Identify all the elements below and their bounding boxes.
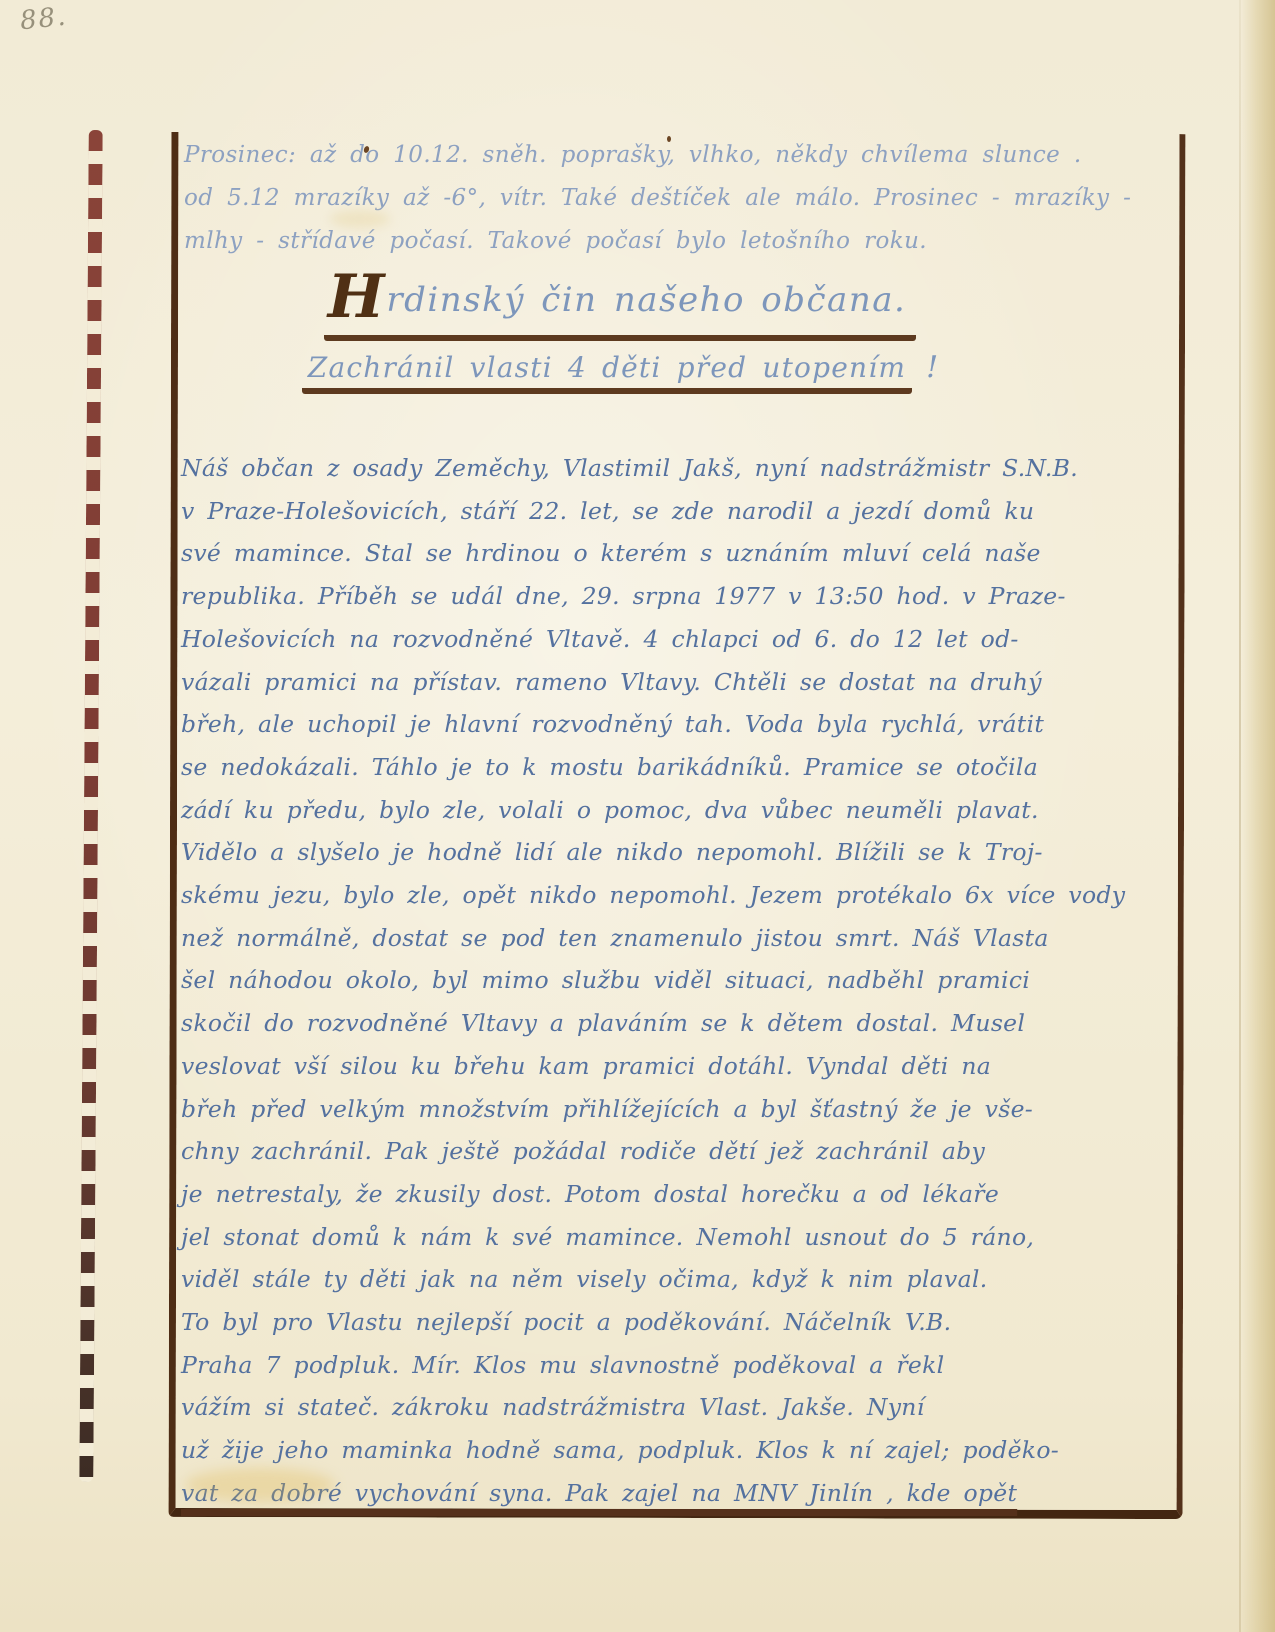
article-body-line: vážím si stateč. zákroku nadstrážmistra … — [181, 1386, 1169, 1429]
article-body-line: šel náhodou okolo, byl mimo službu viděl… — [181, 959, 1169, 1002]
article-body-line: jel stonat domů k nám k své mamince. Nem… — [181, 1216, 1169, 1259]
subtitle-text: Zachránil vlasti 4 děti před utopením — [302, 351, 912, 394]
article-body-line: je netrestaly, že zkusily dost. Potom do… — [181, 1173, 1169, 1216]
article-body-line: se nedokázali. Táhlo je to k mostu barik… — [181, 746, 1169, 789]
margin-stitch-line — [79, 130, 102, 1482]
article-body-line: To byl pro Vlastu nejlepší pocit a poděk… — [181, 1301, 1169, 1344]
article-body-line: veslovat vší silou ku břehu kam pramici … — [181, 1045, 1169, 1088]
weather-note-line: Prosinec: až do 10.12. sněh. poprašky, v… — [184, 134, 1164, 177]
article-body-line: Vidělo a slyšelo je hodně lidí ale nikdo… — [181, 831, 1169, 874]
article-body-line: břeh před velkým množstvím přihlížejícíc… — [181, 1088, 1169, 1131]
weather-note: Prosinec: až do 10.12. sněh. poprašky, v… — [184, 134, 1164, 263]
page-number: 88. — [19, 2, 69, 37]
article-body-line: chny zachránil. Pak ještě požádal rodiče… — [181, 1130, 1169, 1173]
article-body-line: své mamince. Stal se hrdinou o kterém s … — [181, 532, 1169, 575]
article-body-line: skému jezu, bylo zle, opět nikdo nepomoh… — [181, 874, 1169, 917]
article-body-line: než normálně, dostat se pod ten znamenul… — [181, 917, 1169, 960]
article-title: Hrdinský čin našeho občana. — [324, 262, 917, 341]
article-subtitle: Zachránil vlasti 4 děti před utopením! — [290, 350, 950, 394]
title-initial-capital: H — [328, 262, 386, 332]
article-body-line: zádí ku předu, bylo zle, volali o pomoc,… — [181, 789, 1169, 832]
ink-speck — [667, 136, 671, 142]
article-body-line: viděl stále ty děti jak na něm visely oč… — [181, 1258, 1169, 1301]
weather-note-line: od 5.12 mrazíky až -6°, vítr. Také deští… — [184, 177, 1164, 220]
subtitle-exclamation: ! — [926, 350, 938, 385]
article-heading: Hrdinský čin našeho občana. Zachránil vl… — [290, 262, 950, 394]
article-body-line: skočil do rozvodněné Vltavy a plaváním s… — [181, 1002, 1169, 1045]
article-body-line: Praha 7 podpluk. Mír. Klos mu slavnostně… — [181, 1344, 1169, 1387]
article-body-line: už žije jeho maminka hodně sama, podpluk… — [181, 1429, 1169, 1472]
article-body-line: Náš občan z osady Zeměchy, Vlastimil Jak… — [181, 447, 1169, 490]
title-text: rdinský čin našeho občana. — [386, 280, 906, 320]
book-page-edge — [1241, 0, 1275, 1632]
paper-stain — [185, 1468, 335, 1502]
page-crease-line — [1239, 0, 1241, 1632]
article-body-line: vázali pramici na přístav. rameno Vltavy… — [181, 661, 1169, 704]
article-body-line: v Praze-Holešovicích, stáří 22. let, se … — [181, 490, 1169, 533]
article-body-line: Holešovicích na rozvodněné Vltavě. 4 chl… — [181, 618, 1169, 661]
article-body-line: republika. Příběh se udál dne, 29. srpna… — [181, 575, 1169, 618]
paper-stain — [330, 210, 390, 228]
article-body-line: břeh, ale uchopil je hlavní rozvodněný t… — [181, 703, 1169, 746]
weather-note-line: mlhy - střídavé počasí. Takové počasí by… — [184, 220, 1164, 263]
chronicle-page-scan: 88. Prosinec: až do 10.12. sněh. poprašk… — [0, 0, 1275, 1632]
article-body: Náš občan z osady Zeměchy, Vlastimil Jak… — [181, 447, 1169, 1515]
